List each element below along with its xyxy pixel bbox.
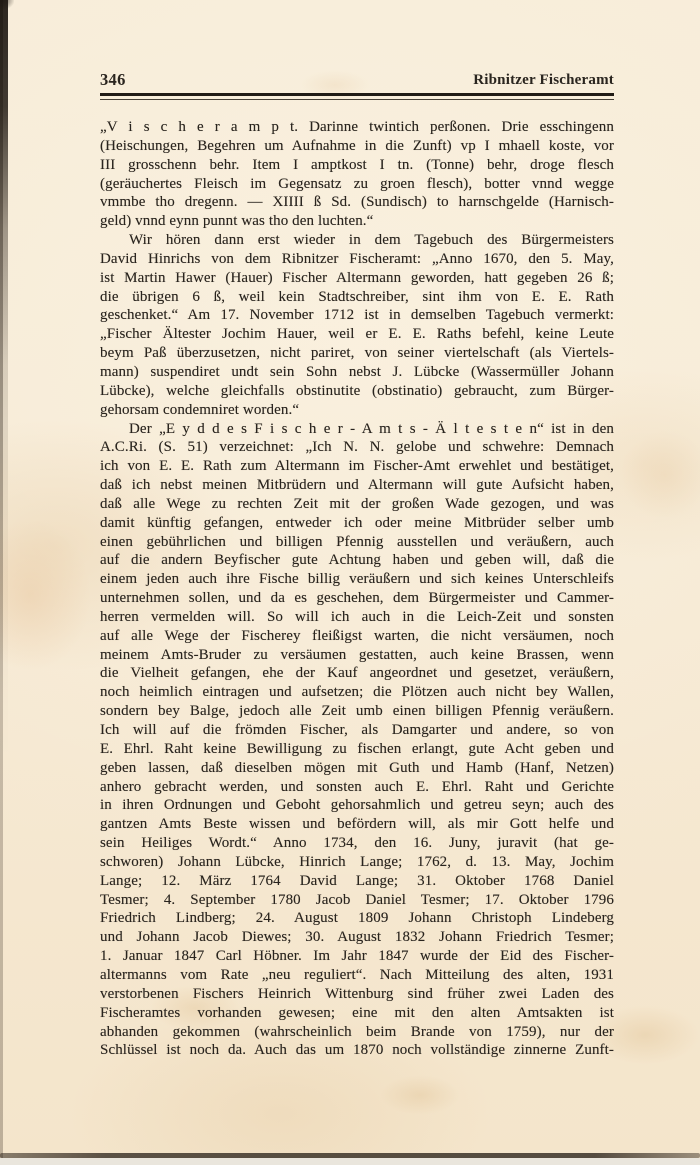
- text-line: „Fischer Ältester Jochim Hauer, weil er …: [100, 325, 614, 344]
- text-line: gantzen Amts Beste wissen und befördern …: [100, 815, 614, 834]
- text-line: herren vermelden will. So will ich auch …: [100, 608, 614, 627]
- running-head: 346 Ribnitzer Fischeramt: [100, 71, 614, 89]
- page-number: 346: [100, 71, 126, 89]
- text-line: meinem Amts-Bruder zu versäumen gestatte…: [100, 646, 614, 665]
- text-line: geschenket.“ Am 17. November 1712 ist in…: [100, 306, 614, 325]
- text-line: vmmbe tho dregenn. — XIIII ß Sd. (Sundis…: [100, 193, 614, 212]
- text-line: daß alle Wege zu rechten Zeit mit der gr…: [100, 495, 614, 514]
- text-line: III grosschenn behr. Item I amptkost I t…: [100, 156, 614, 175]
- paper-stain: [380, 1075, 460, 1115]
- running-title: Ribnitzer Fischeramt: [473, 71, 614, 89]
- text-line: Fischeramtes vorhanden gewesen; eine mit…: [100, 1004, 614, 1023]
- header-rule: [100, 93, 614, 100]
- text-line: anhero gebracht werden, und sonsten auch…: [100, 778, 614, 797]
- text-line: Lübcke), welche gleichfalls obstinutite …: [100, 382, 614, 401]
- page-content: 346 Ribnitzer Fischeramt „V i s c h e r …: [100, 71, 614, 1060]
- text-line: auf die andern Beyfischer gute Achtung h…: [100, 551, 614, 570]
- text-line: Tesmer; 4. September 1780 Jacob Daniel T…: [100, 891, 614, 910]
- text-line: abhanden gekommen (wahrscheinlich beim B…: [100, 1023, 614, 1042]
- text-line: Ich will auf die frömden Fischer, als Da…: [100, 721, 614, 740]
- text-line: (Heischungen, Begehren um Aufnahme in di…: [100, 137, 614, 156]
- bottom-page-edge-shadow: [0, 1153, 700, 1158]
- text-line: in ihren Ordnungen und Geboht gehorsahml…: [100, 796, 614, 815]
- text-line: beym Paß überzusetzen, nicht pariret, vo…: [100, 344, 614, 363]
- text-line: Schlüssel ist noch da. Auch das um 1870 …: [100, 1041, 614, 1060]
- text-line: „V i s c h e r a m p t. Darinne twintich…: [100, 118, 614, 137]
- scan-background-strip: [0, 1158, 700, 1165]
- text-line: damit künftig gefangen, entweder ich ode…: [100, 514, 614, 533]
- text-line: Lange; 12. März 1764 David Lange; 31. Ok…: [100, 872, 614, 891]
- text-line: unternehmen sollen, und da es geschehen,…: [100, 589, 614, 608]
- text-line: verstorbenen Fischers Heinrich Wittenbur…: [100, 985, 614, 1004]
- text-line: Friedrich Lindberg; 24. August 1809 Joha…: [100, 909, 614, 928]
- text-line: und Johann Jacob Diewes; 30. August 1832…: [100, 928, 614, 947]
- text-line: auf alle Wege der Fischerey fleißigst wa…: [100, 627, 614, 646]
- left-binding-shadow: [0, 0, 8, 760]
- text-block: „V i s c h e r a m p t. Darinne twintich…: [100, 118, 614, 1060]
- text-line: mann) suspendiret undt sein Sohn nebst J…: [100, 363, 614, 382]
- text-line: A.C.Ri. (S. 51) verzeichnet: „Ich N. N. …: [100, 438, 614, 457]
- paper-stain: [0, 520, 90, 670]
- text-line: gehorsam condemniret worden.“: [100, 401, 614, 420]
- text-line: sein Heiliges Wordt.“ Anno 1734, den 16.…: [100, 834, 614, 853]
- left-page-edge-shadow: [0, 0, 3, 1160]
- text-line: ist Martin Hawer (Hauer) Fischer Alterma…: [100, 269, 614, 288]
- text-line: 1. Januar 1847 Carl Höbner. Im Jahr 1847…: [100, 947, 614, 966]
- text-line: die Vielheit gefangen, ehe der Kauf ange…: [100, 664, 614, 683]
- text-line: daß ich nebst meinen Mitbrüdern und Alte…: [100, 476, 614, 495]
- text-line: geld) vnnd eynn punnt was tho den luchte…: [100, 212, 614, 231]
- text-line: ich von E. E. Rath zum Altermann im Fisc…: [100, 457, 614, 476]
- text-line: E. Ehrl. Raht keine Bewilligung zu fisch…: [100, 740, 614, 759]
- text-line: noch heimlich eintragen und aufsetzen; d…: [100, 683, 614, 702]
- text-line: Wir hören dann erst wieder in dem Tagebu…: [100, 231, 614, 250]
- scanned-book-page: 346 Ribnitzer Fischeramt „V i s c h e r …: [0, 0, 700, 1160]
- text-line: David Hinrichs von dem Ribnitzer Fischer…: [100, 250, 614, 269]
- text-line: altermanns vom Rate „neu reguliert“. Nac…: [100, 966, 614, 985]
- text-line: sondern bey Balge, jedoch alle Zeit umb …: [100, 702, 614, 721]
- paper-stain: [620, 430, 700, 520]
- text-line: einem jeden auch ihre Fische billig verä…: [100, 570, 614, 589]
- text-line: Der „E y d d e s F i s c h e r - A m t s…: [100, 420, 614, 439]
- text-line: einen gebührlichen und billigen Pfennig …: [100, 533, 614, 552]
- text-line: (geräuchertes Fleisch im Gegensatz zu gr…: [100, 175, 614, 194]
- text-line: geben lassen, daß dieselben mögen mit Gu…: [100, 759, 614, 778]
- corner-speck: [0, 0, 14, 10]
- text-line: schworen) Johann Lübcke, Hinrich Lange; …: [100, 853, 614, 872]
- text-line: die übrigen 6 ß, weil kein Stadtschreibe…: [100, 288, 614, 307]
